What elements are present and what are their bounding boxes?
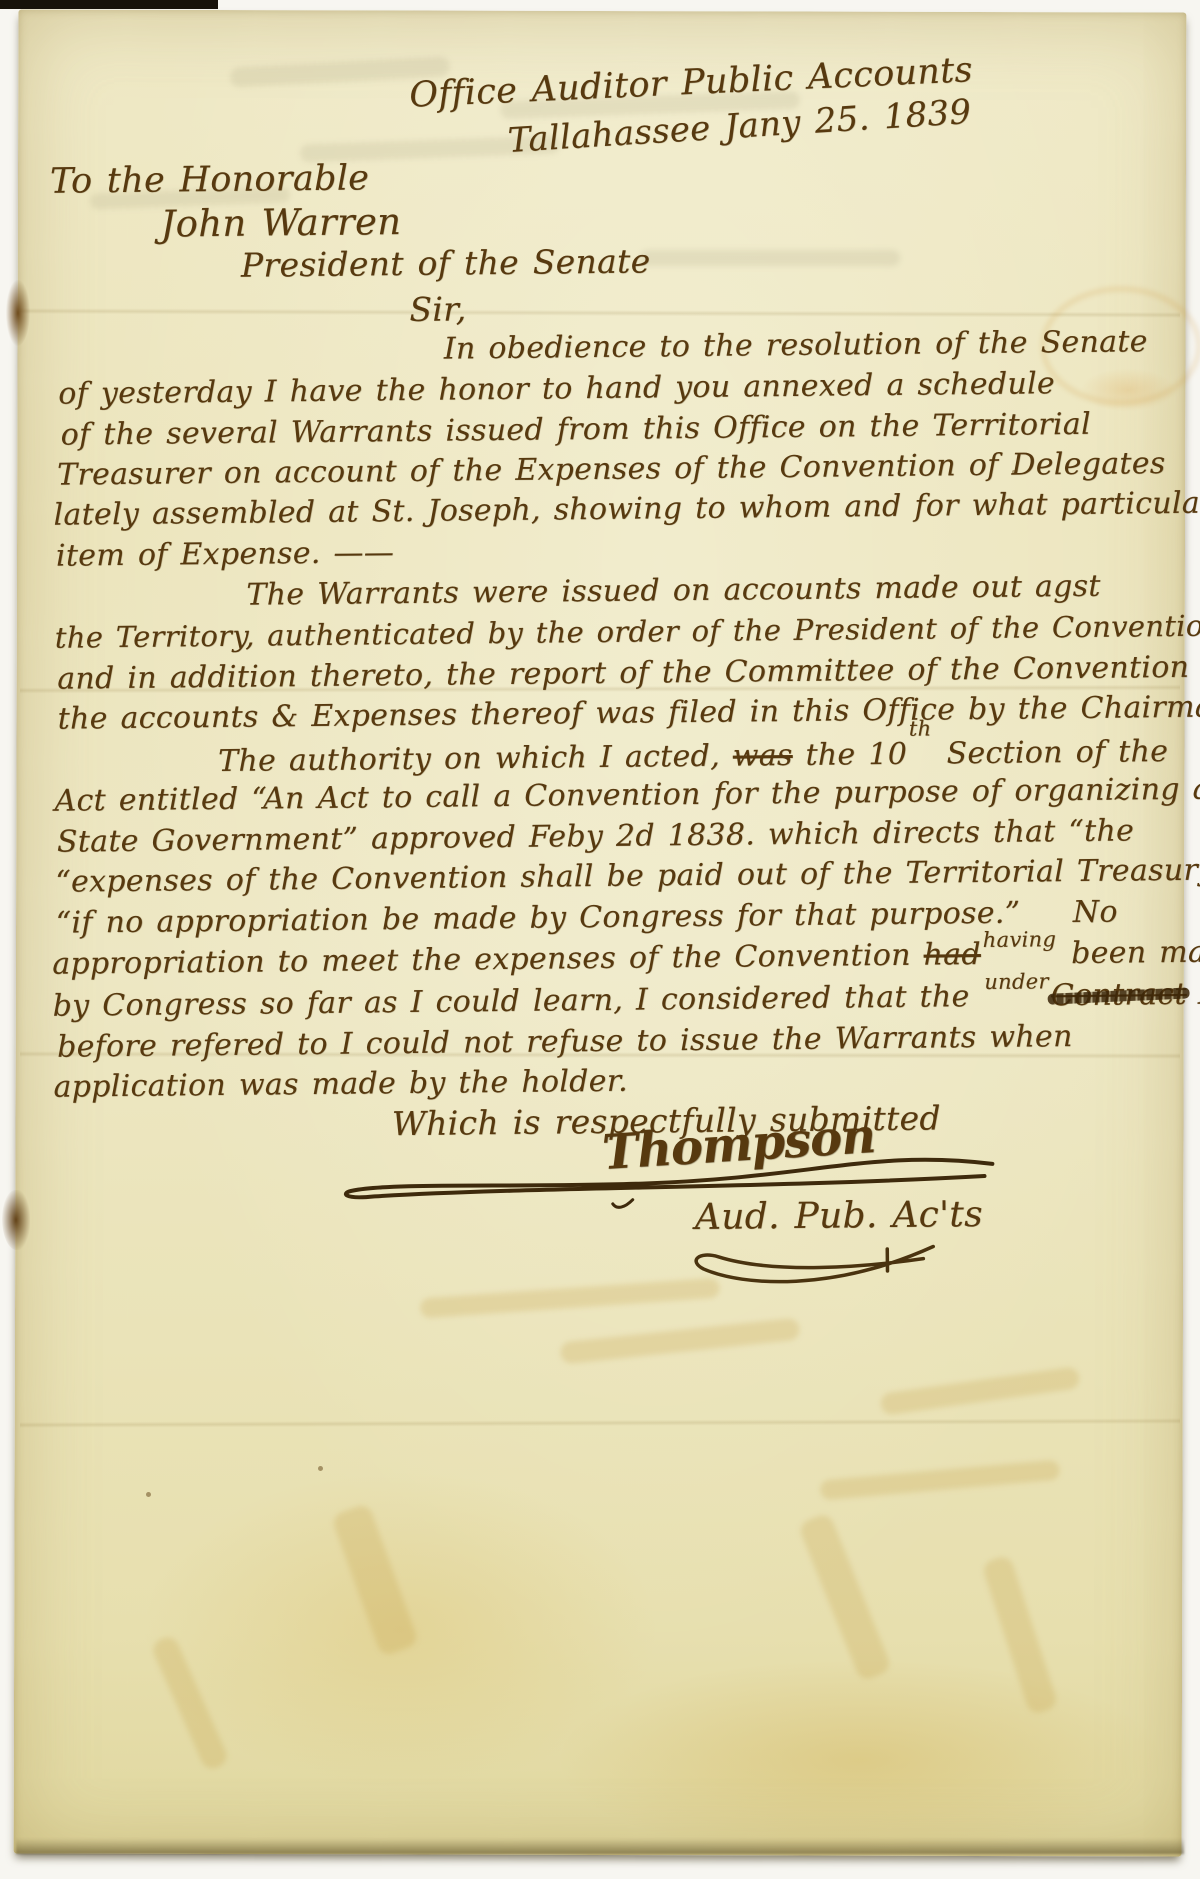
scribbled-out-word: Contract — [1051, 977, 1187, 1013]
considered-text: by Congress so far as I could learn, I c… — [52, 979, 982, 1024]
body-line: State Government” approved Feby 2d 1838.… — [57, 813, 1134, 859]
body-line: of yesterday I have the honor to hand yo… — [58, 366, 1055, 411]
inserted-word: under — [984, 969, 1049, 994]
body-line: “expenses of the Convention shall be pai… — [55, 853, 1200, 900]
body-line: item of Expense. —— — [56, 535, 394, 574]
struck-word: was — [733, 738, 793, 774]
body-line-considered: by Congress so far as I could learn, I c… — [52, 976, 1200, 1024]
body-line-purpose: “if no appropriation be made by Congress… — [56, 895, 1118, 941]
body-line: and in addition thereto, the report of t… — [57, 649, 1200, 696]
struck-word: had — [923, 937, 981, 973]
body-line: The Warrants were issued on accounts mad… — [246, 569, 1101, 613]
body-line: In obedience to the resolution of the Se… — [444, 324, 1148, 366]
salutation: Sir, — [409, 289, 466, 329]
body-line: Treasurer on account of the Expenses of … — [57, 446, 1166, 493]
body-line: before refered to I could not refuse to … — [57, 1019, 1073, 1065]
purpose-quote: “if no appropriation be made by Congress… — [56, 896, 1021, 941]
closing-flourish — [681, 1236, 952, 1291]
purpose-tail-word: No — [1073, 895, 1118, 930]
authority-text: Section of the — [934, 734, 1169, 771]
recipient-name: John Warren — [160, 200, 401, 246]
recipient-honorific: To the Honorable — [50, 158, 370, 201]
signature-title: Aud. Pub. Ac'ts — [695, 1194, 983, 1238]
body-line: lately assembled at St. Joseph, showing … — [53, 486, 1200, 533]
body-line: the accounts & Expenses thereof was file… — [57, 689, 1200, 736]
superscript-ordinal: th — [909, 717, 932, 741]
body-line: of the several Warrants issued from this… — [61, 407, 1092, 453]
authority-text: The authority on which I acted, — [218, 739, 733, 779]
body-line-authority: The authority on which I acted, was the … — [218, 731, 1169, 779]
body-line: application was made by the holder. — [53, 1064, 628, 1105]
authority-text: the 10 — [792, 737, 907, 773]
body-line: the Territory, authenticated by the orde… — [55, 608, 1200, 654]
recipient-title: President of the Senate — [241, 241, 651, 284]
appropriation-text: appropriation to meet the expenses of th… — [52, 938, 924, 982]
scanned-letter-page: Office Auditor Public Accounts Tallahass… — [0, 0, 1200, 1879]
appropriation-text: been made — [1058, 934, 1200, 971]
letter-content: Office Auditor Public Accounts Tallahass… — [0, 0, 1200, 1879]
inserted-word: having — [983, 927, 1057, 952]
